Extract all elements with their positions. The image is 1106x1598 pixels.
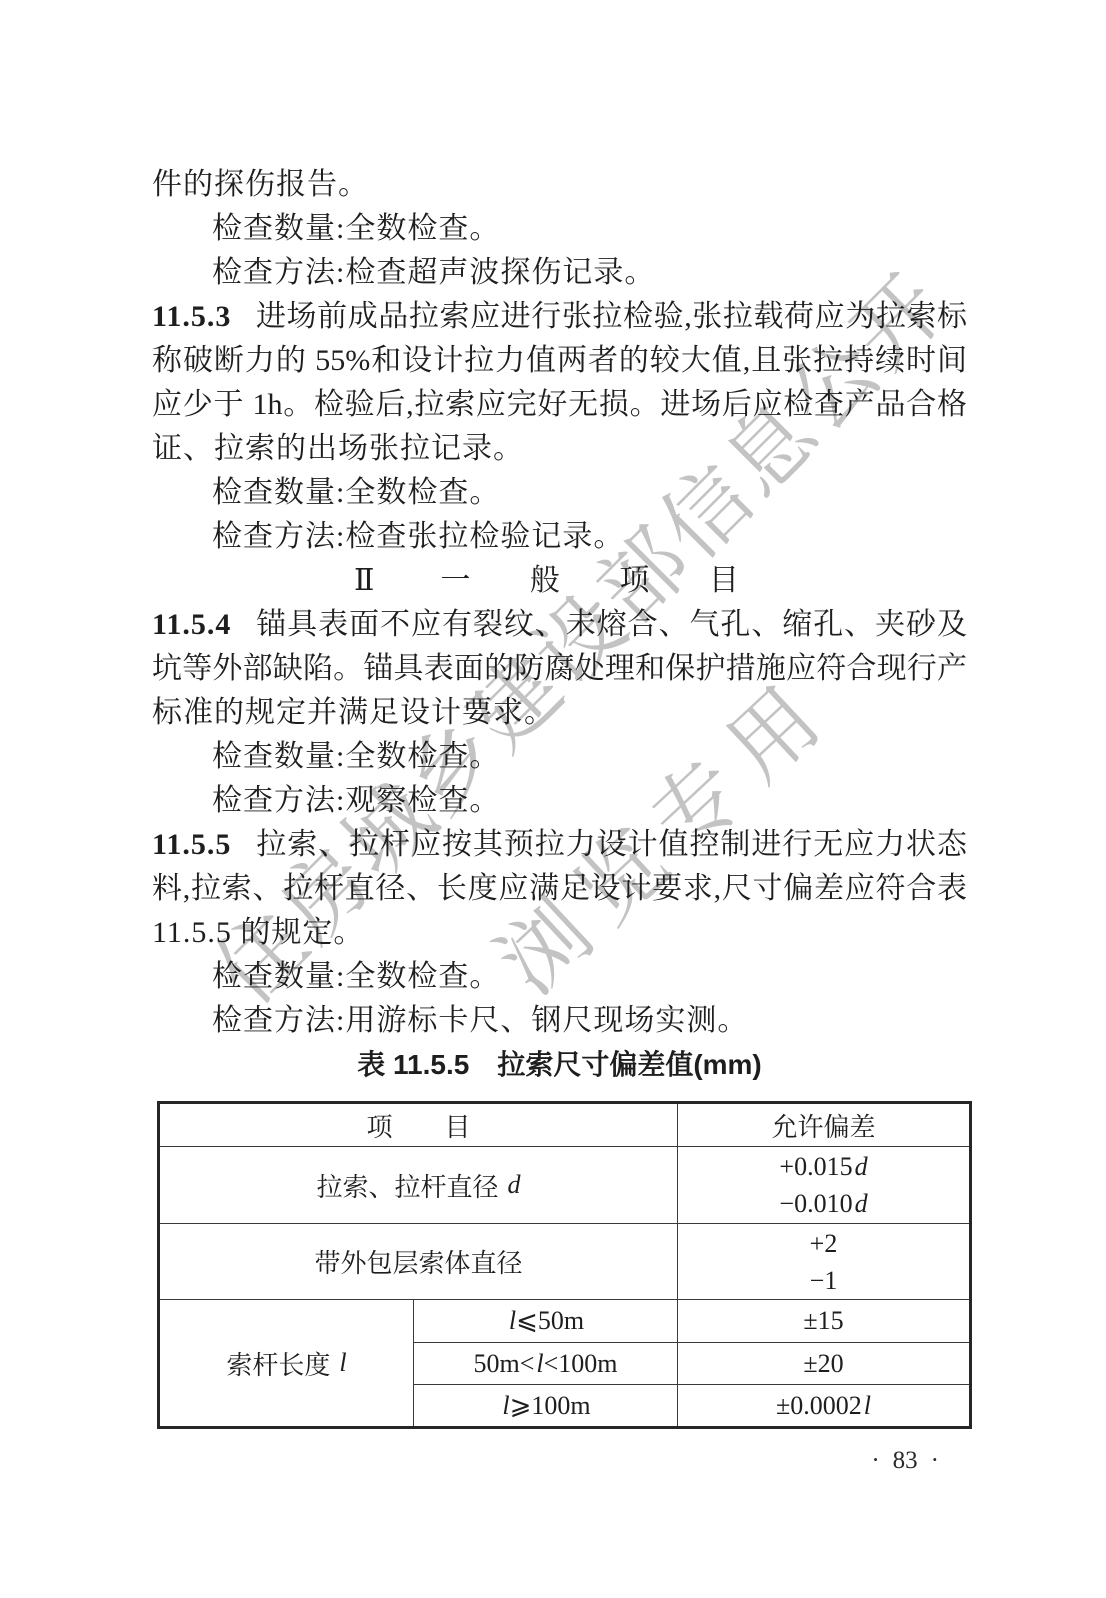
- clause-11-5-3-line-3: 应少于 1h。检验后,拉索应完好无损。进场后应检查产品合格: [152, 383, 967, 427]
- table-title: 表 11.5.5 拉索尺寸偏差值(mm): [152, 1043, 967, 1087]
- table-11-5-5: 项 目 允许偏差 拉索、拉杆直径d +0.015d −0.010d 带外包层索体…: [157, 1101, 972, 1429]
- check-method-line: 检查方法:用游标卡尺、钢尺现场实测。: [152, 999, 967, 1043]
- clause-11-5-5-line-3: 11.5.5 的规定。: [152, 911, 967, 955]
- variable-d: d: [508, 1170, 521, 1200]
- clause-number: 11.5.3: [152, 300, 231, 333]
- row-label-diameter: 拉索、拉杆直径d: [160, 1147, 677, 1223]
- deviation-cell-diameter: +0.015d −0.010d: [677, 1147, 969, 1223]
- row-label-sheath: 带外包层索体直径: [160, 1224, 677, 1299]
- clause-11-5-3-line-4: 证、拉索的出场张拉记录。: [152, 427, 967, 471]
- condition-cell: l⩾100m: [414, 1385, 677, 1426]
- condition-cell: 50m<l<100m: [414, 1343, 677, 1384]
- deviation-plus: +2: [810, 1225, 838, 1262]
- deviation-plus: +0.015d: [779, 1148, 867, 1185]
- footer-dot: ·: [871, 1447, 879, 1474]
- variable-d: d: [855, 1189, 868, 1218]
- deviation-cell: ±0.0002l: [677, 1385, 969, 1426]
- variable-l: l: [536, 1349, 543, 1379]
- variable-l: l: [502, 1391, 509, 1421]
- footer-dot: ·: [931, 1447, 939, 1474]
- variable-l: l: [339, 1348, 346, 1378]
- table-header-row: 项 目 允许偏差: [160, 1104, 969, 1146]
- column-header-item: 项 目: [160, 1104, 677, 1146]
- length-sub-row-3: l⩾100m ±0.0002l: [414, 1384, 969, 1426]
- variable-l: l: [509, 1306, 516, 1336]
- clause-11-5-4-line-3: 标准的规定并满足设计要求。: [152, 691, 967, 735]
- page-number: ·83·: [152, 1447, 952, 1475]
- clause-11-5-4-line-1: 11.5.4锚具表面不应有裂纹、未熔合、气孔、缩孔、夹砂及明显凹: [152, 603, 967, 647]
- heading-general-items: Ⅱ一 般 项 目: [152, 559, 967, 603]
- deviation-minus: −0.010d: [779, 1185, 867, 1222]
- length-sub-rows: l⩽50m ±15 50m<l<100m ±20 l⩾100m ±0.0002l: [413, 1300, 969, 1426]
- length-sub-row-1: l⩽50m ±15: [414, 1300, 969, 1342]
- continuation-line: 件的探伤报告。: [152, 163, 967, 207]
- column-header-deviation: 允许偏差: [677, 1104, 969, 1146]
- check-quantity-line: 检查数量:全数检查。: [152, 735, 967, 779]
- page-number-value: 83: [893, 1447, 918, 1474]
- length-sub-row-2: 50m<l<100m ±20: [414, 1342, 969, 1384]
- clause-number: 11.5.4: [152, 608, 231, 641]
- clause-11-5-5-line-2: 料,拉索、拉杆直径、长度应满足设计要求,尺寸偏差应符合表: [152, 867, 967, 911]
- clause-11-5-3-line-2: 称破断力的 55%和设计拉力值两者的较大值,且张拉持续时间不: [152, 339, 967, 383]
- body-text: 件的探伤报告。 检查数量:全数检查。 检查方法:检查超声波探伤记录。 11.5.…: [152, 163, 967, 1043]
- check-method-line: 检查方法:检查张拉检验记录。: [152, 515, 967, 559]
- heading-numeral: Ⅱ: [354, 564, 374, 597]
- condition-cell: l⩽50m: [414, 1300, 677, 1342]
- clause-11-5-3-line-1: 11.5.3进场前成品拉索应进行张拉检验,张拉载荷应为拉索标: [152, 295, 967, 339]
- deviation-cell: ±20: [677, 1343, 969, 1384]
- table-row-sheath: 带外包层索体直径 +2 −1: [160, 1223, 969, 1299]
- table-row-diameter: 拉索、拉杆直径d +0.015d −0.010d: [160, 1146, 969, 1223]
- clause-11-5-4-line-2: 坑等外部缺陷。锚具表面的防腐处理和保护措施应符合现行产品: [152, 647, 967, 691]
- variable-l: l: [864, 1391, 871, 1421]
- check-quantity-line: 检查数量:全数检查。: [152, 471, 967, 515]
- table-row-length: 索杆长度l l⩽50m ±15 50m<l<100m ±20 l⩾100m ±0…: [160, 1299, 969, 1426]
- clause-number: 11.5.5: [152, 828, 231, 861]
- variable-d: d: [855, 1152, 868, 1181]
- clause-11-5-5-line-1: 11.5.5拉索、拉杆应按其预拉力设计值控制进行无应力状态下: [152, 823, 967, 867]
- check-quantity-line: 检查数量:全数检查。: [152, 955, 967, 999]
- deviation-cell-sheath: +2 −1: [677, 1224, 969, 1299]
- row-label-length: 索杆长度l: [160, 1300, 413, 1426]
- deviation-minus: −1: [810, 1262, 838, 1299]
- document-page: 住房城乡建设部信息公开 浏览专用 件的探伤报告。 检查数量:全数检查。 检查方法…: [0, 0, 1106, 1598]
- heading-label: 一 般 项 目: [414, 564, 765, 597]
- deviation-cell: ±15: [677, 1300, 969, 1342]
- check-method-line: 检查方法:检查超声波探伤记录。: [152, 251, 967, 295]
- check-quantity-line: 检查数量:全数检查。: [152, 207, 967, 251]
- check-method-line: 检查方法:观察检查。: [152, 779, 967, 823]
